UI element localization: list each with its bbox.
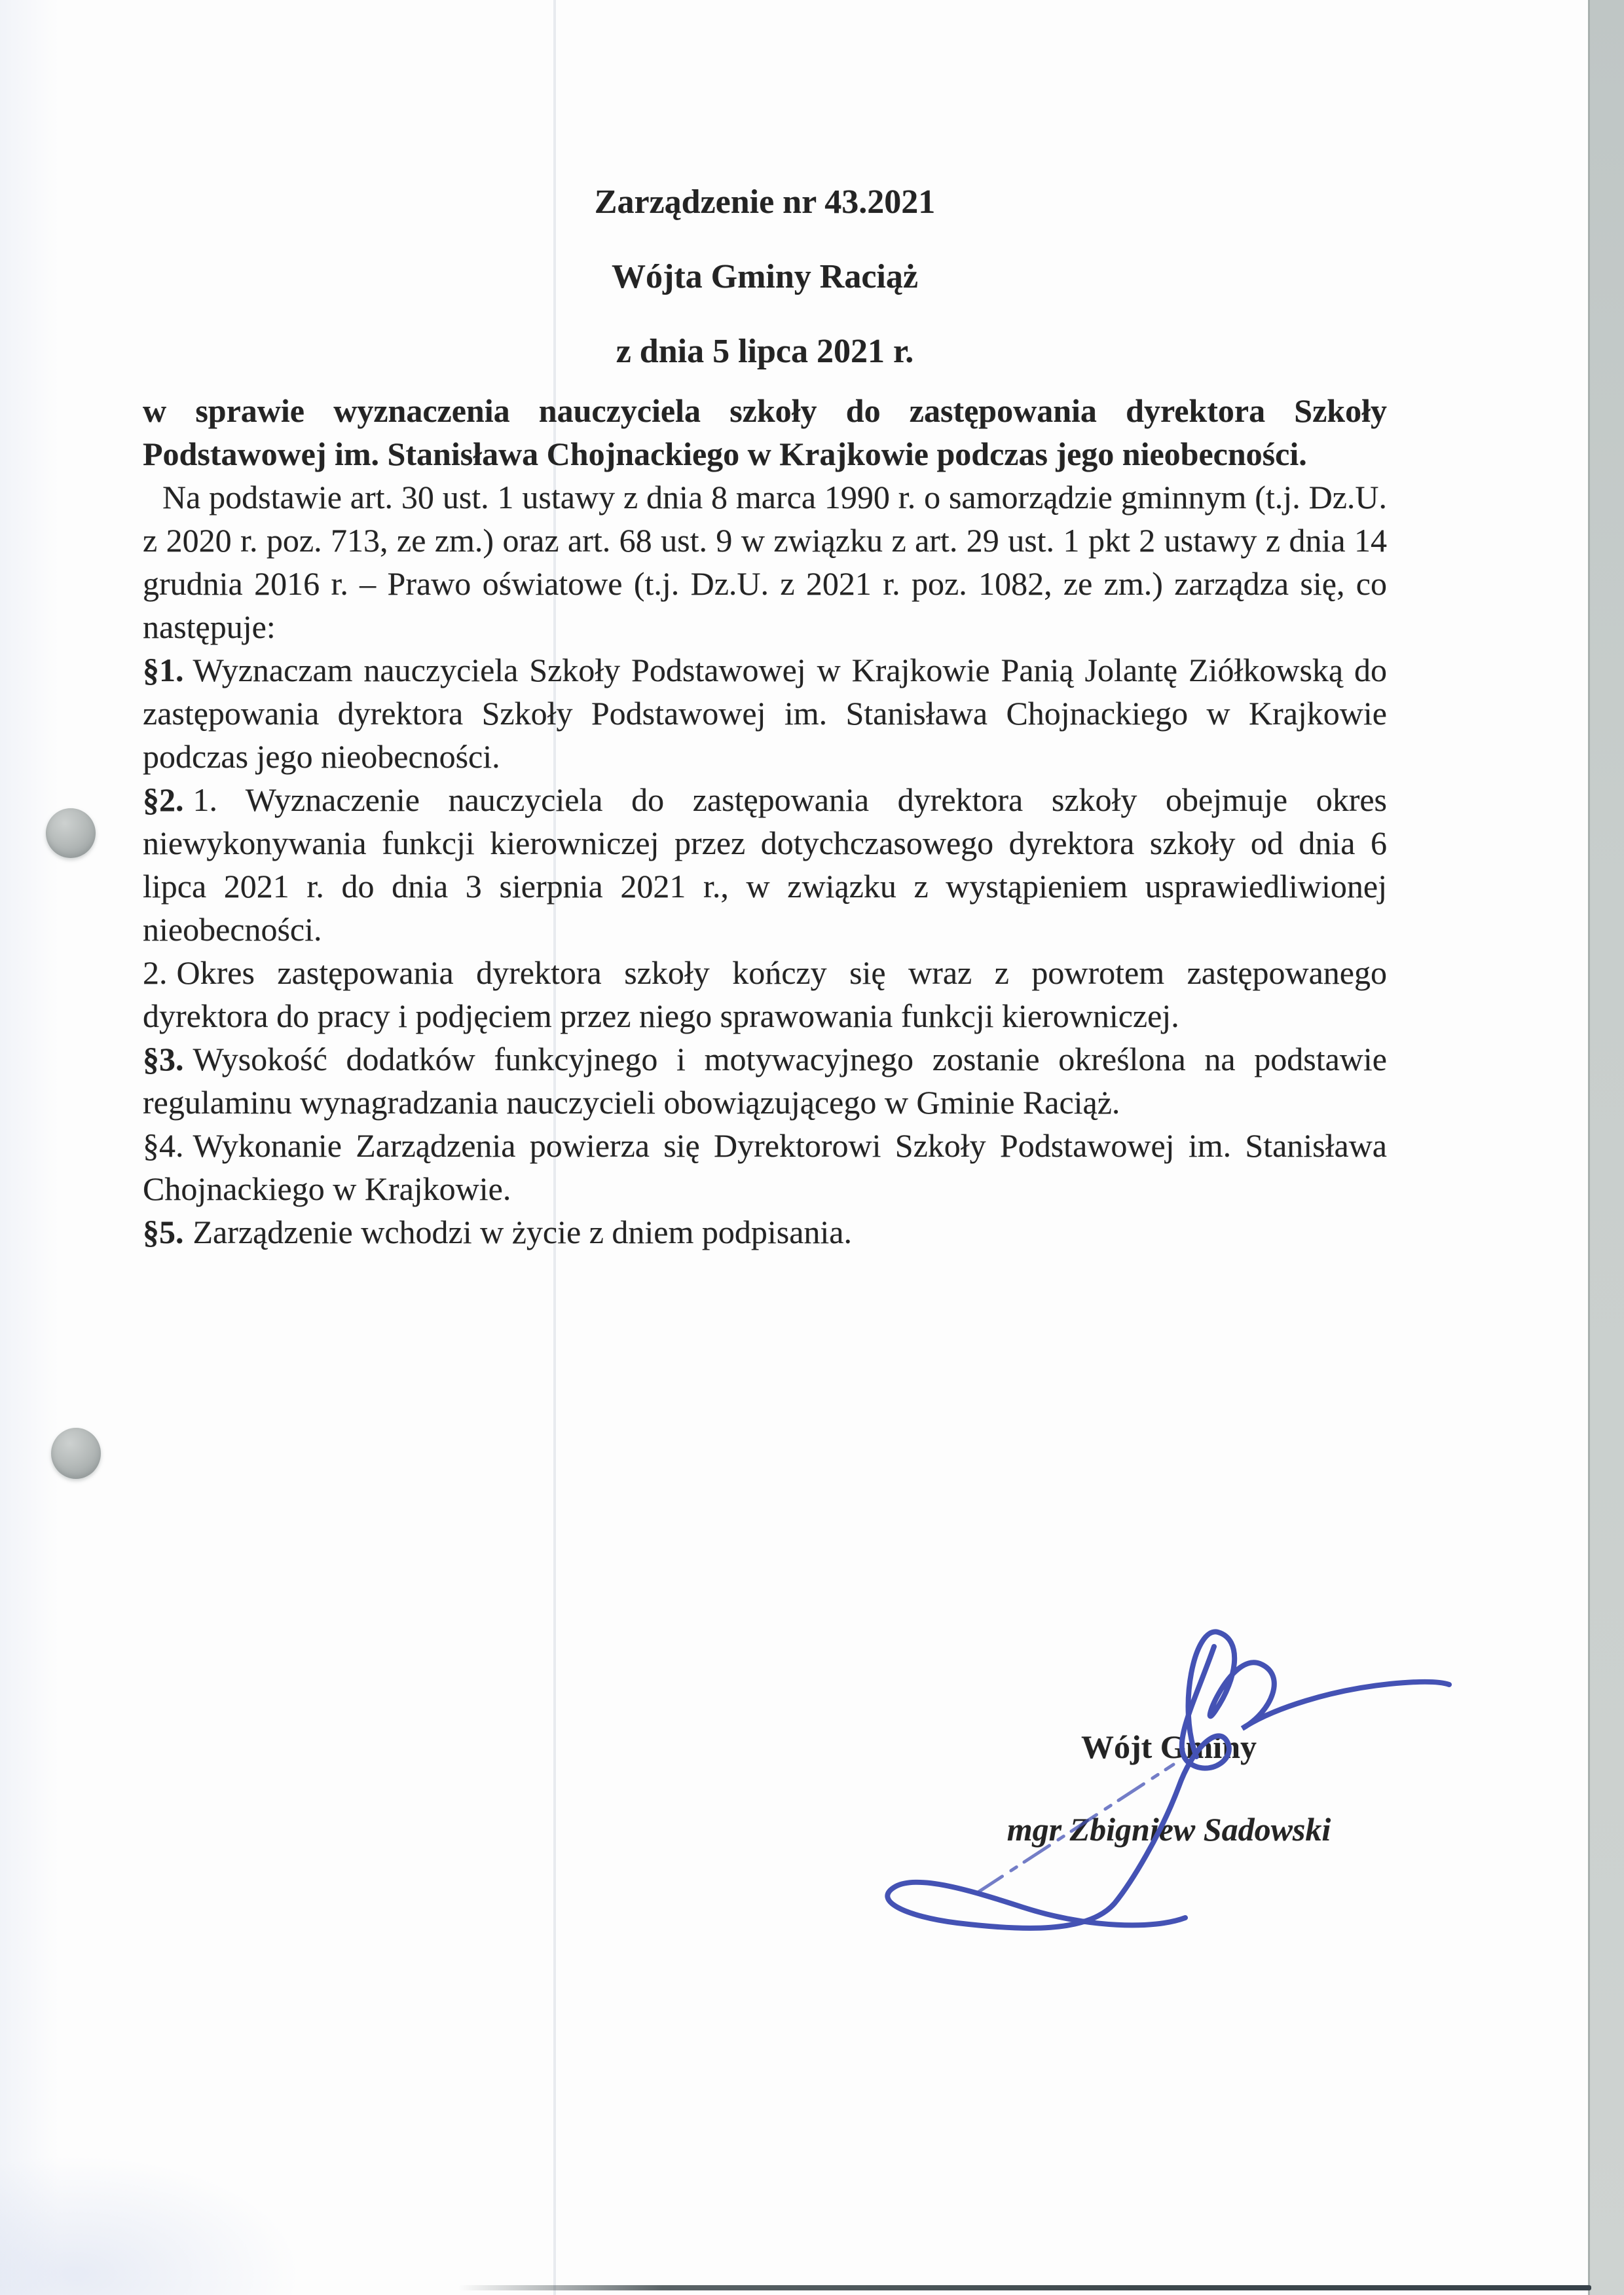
paragraph-1: §1.Wyznaczam nauczyciela Szkoły Podstawo… — [143, 648, 1387, 778]
paragraph-3: §3.Wysokość dodatków funkcyjnego i motyw… — [143, 1037, 1387, 1124]
hole-punch-top — [46, 808, 96, 858]
scan-bottom-left-tint — [0, 2155, 301, 2295]
document-body: Zarządzenie nr 43.2021 Wójta Gminy Racią… — [143, 0, 1387, 1254]
document-title: Zarządzenie nr 43.2021 Wójta Gminy Racią… — [143, 165, 1387, 389]
paragraph-5-marker: §5. — [143, 1214, 193, 1250]
title-line-2: Wójta Gminy Raciąż — [143, 240, 1387, 314]
paragraph-1-text: Wyznaczam nauczyciela Szkoły Podstawowej… — [143, 652, 1387, 775]
signer-name: mgr Zbigniew Sadowski — [953, 1808, 1385, 1851]
document-subject: w sprawie wyznaczenia nauczyciela szkoły… — [143, 389, 1387, 476]
title-line-3: z dnia 5 lipca 2021 r. — [143, 314, 1387, 389]
signature-block: Wójt Gminy mgr Zbigniew Sadowski — [953, 1725, 1385, 1851]
signer-role: Wójt Gminy — [953, 1725, 1385, 1768]
paragraph-2-text: 1. Wyznaczenie nauczyciela do zastępowan… — [143, 781, 1387, 948]
scanned-document-page: Zarządzenie nr 43.2021 Wójta Gminy Racią… — [0, 0, 1624, 2295]
title-line-1: Zarządzenie nr 43.2021 — [143, 165, 1387, 240]
paragraph-2-point-2-text: Okres zastępowania dyrektora szkoły końc… — [143, 954, 1387, 1034]
paragraph-2-marker: §2. — [143, 781, 193, 818]
paragraph-5: §5.Zarządzenie wchodzi w życie z dniem p… — [143, 1210, 1387, 1254]
paragraph-3-text: Wysokość dodatków funkcyjnego i motywacy… — [143, 1041, 1387, 1121]
paragraph-2: §2.1. Wyznaczenie nauczyciela do zastępo… — [143, 778, 1387, 951]
legal-preamble: Na podstawie art. 30 ust. 1 ustawy z dni… — [143, 476, 1387, 648]
paragraph-2-point-2: 2.Okres zastępowania dyrektora szkoły ko… — [143, 951, 1387, 1037]
paragraph-3-marker: §3. — [143, 1041, 193, 1077]
scan-page-bottom-edge — [458, 2285, 1591, 2290]
paragraph-2-point-2-marker: 2. — [143, 954, 177, 991]
paragraph-1-marker: §1. — [143, 652, 193, 688]
hole-punch-bottom — [51, 1428, 101, 1479]
paragraph-4-marker: §4. — [143, 1127, 193, 1164]
paragraph-4: §4.Wykonanie Zarządzenia powierza się Dy… — [143, 1124, 1387, 1210]
scan-left-tint — [0, 0, 59, 2295]
scan-page-edge-strip — [1588, 0, 1624, 2295]
paragraph-4-text: Wykonanie Zarządzenia powierza się Dyrek… — [143, 1127, 1387, 1207]
paragraph-5-text: Zarządzenie wchodzi w życie z dniem podp… — [193, 1214, 853, 1250]
